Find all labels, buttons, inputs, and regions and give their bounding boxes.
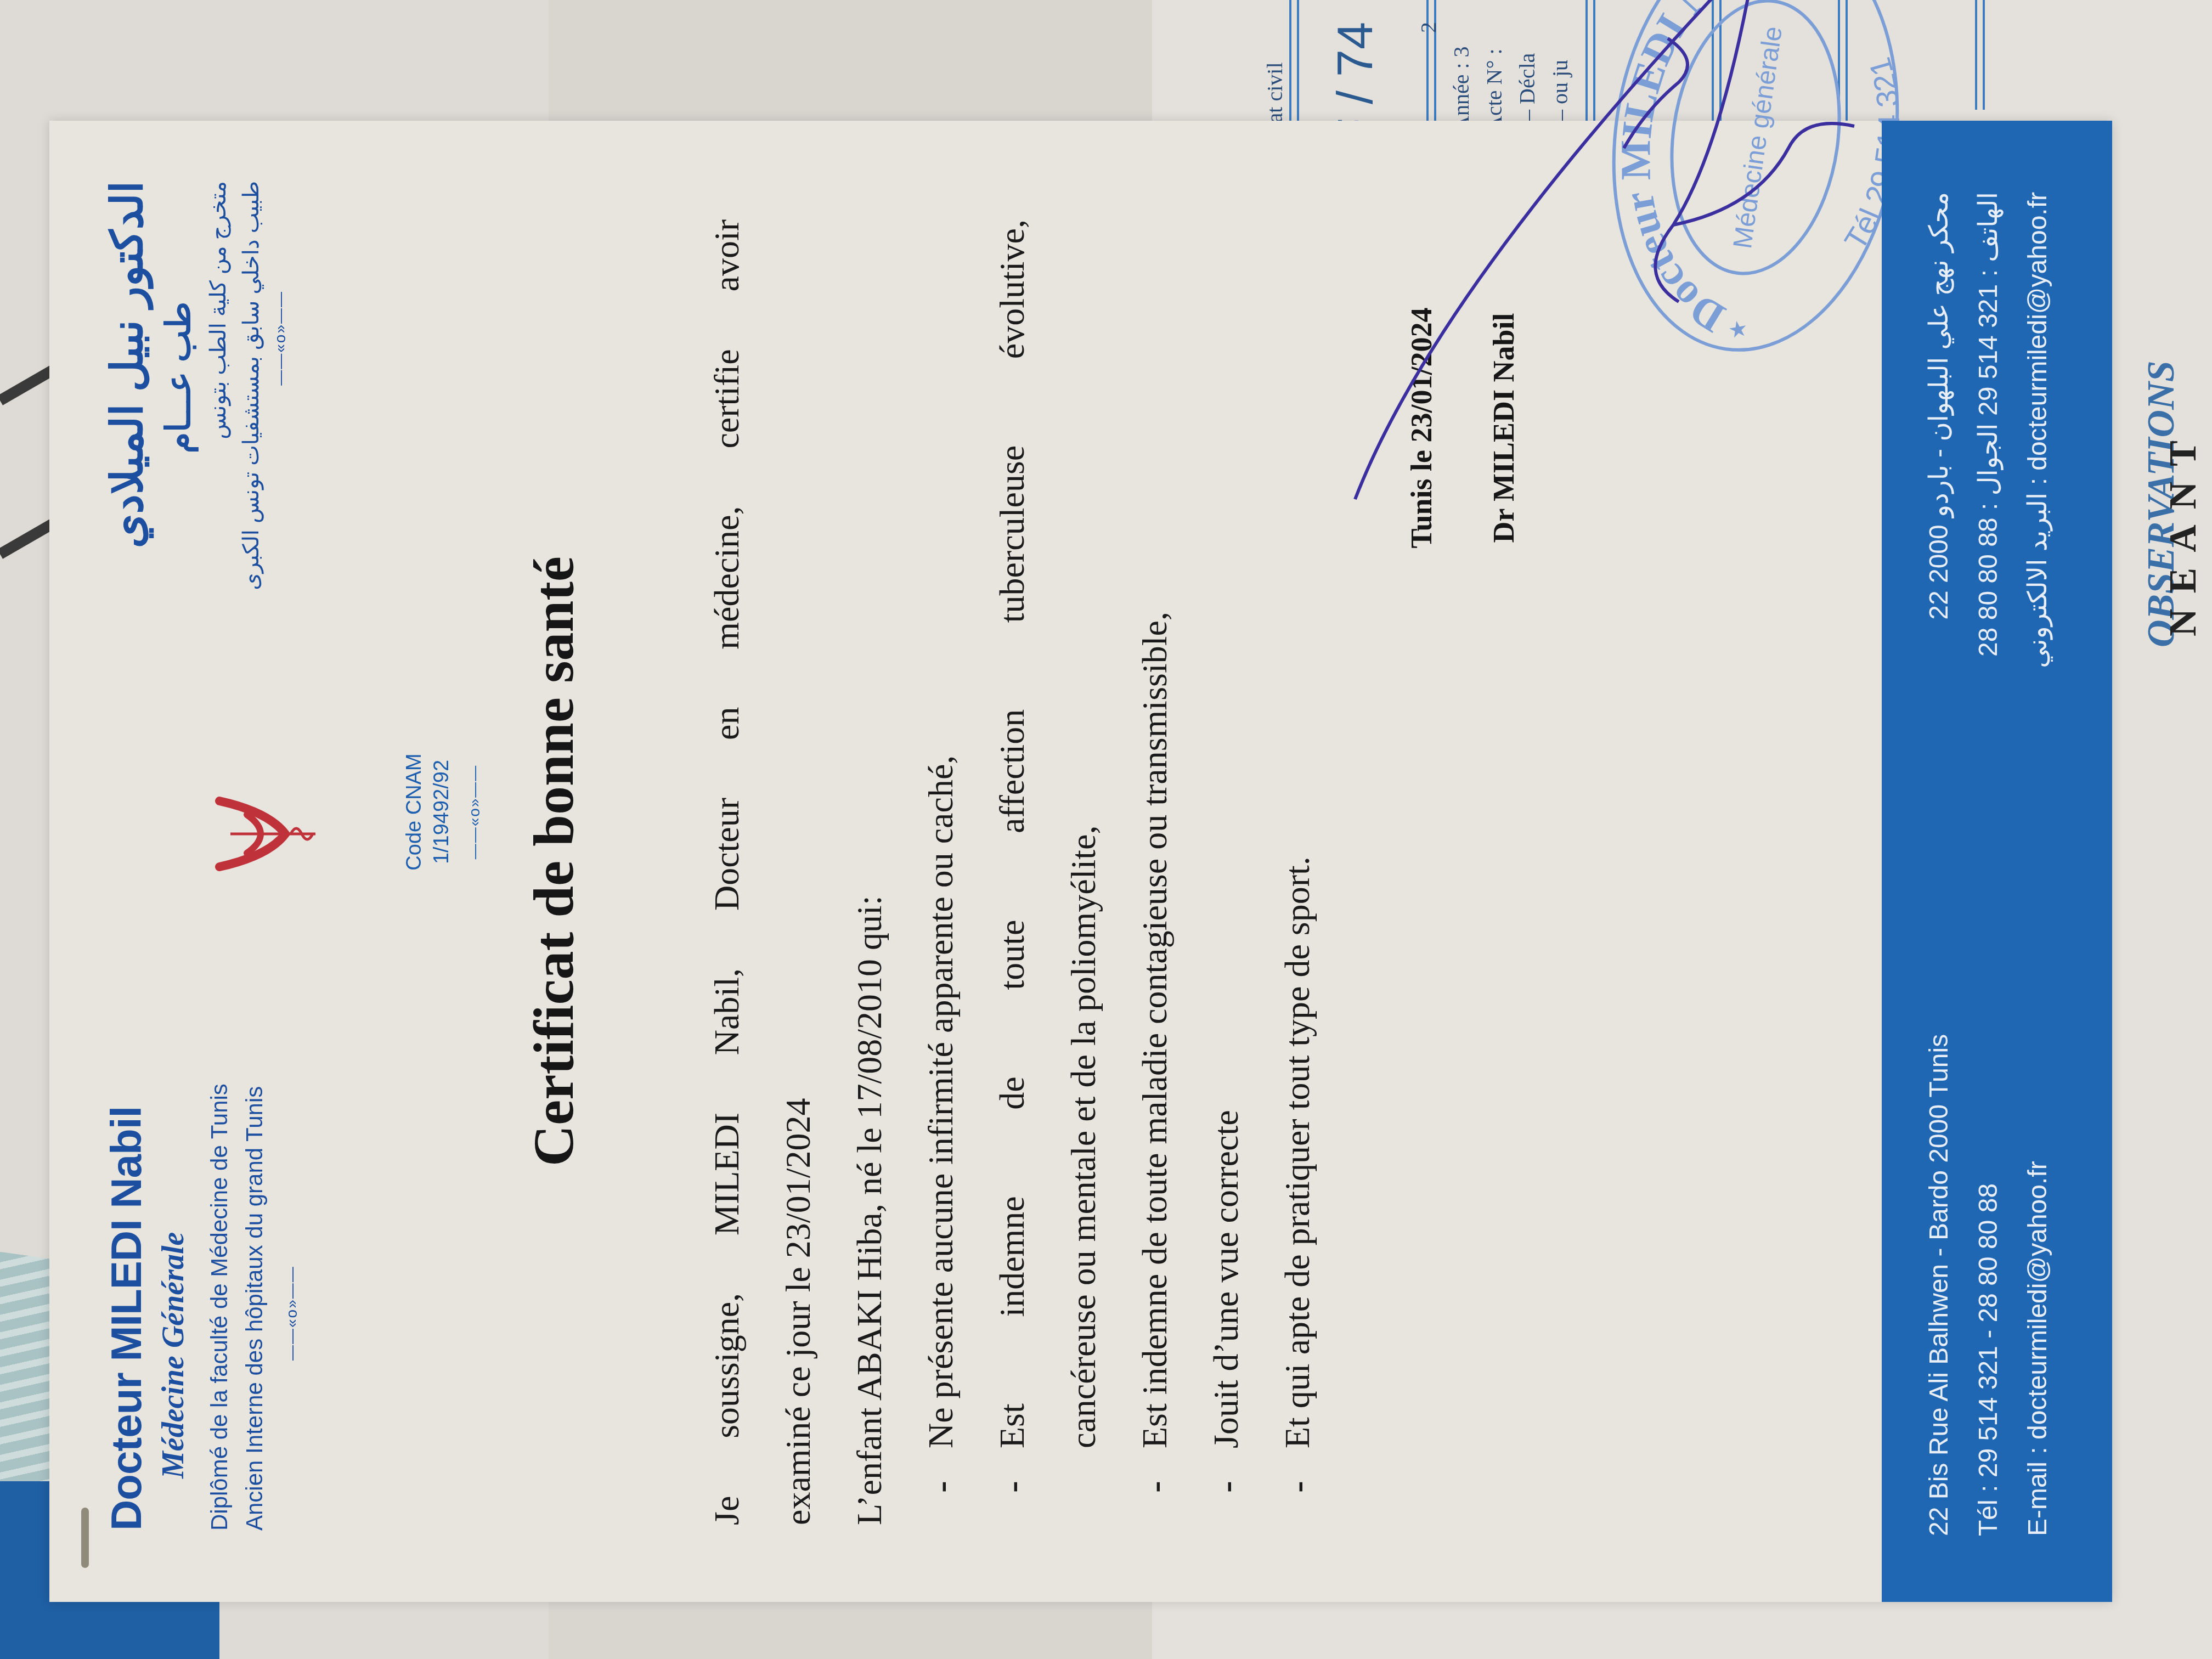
letterhead-right-arabic: الدكتور نبيل الميلادي طب عـــام متخرج من…: [101, 181, 289, 719]
footer-phone-arabic: الهاتف : 321 514 29 الجوال : 88 80 80 28: [1964, 192, 2013, 668]
cnam-label: Code CNAM: [400, 724, 428, 900]
handwritten-signature: [1339, 0, 1887, 532]
ornament-divider: ——«o»——: [461, 724, 488, 900]
certificate-title: Certificat de bonne santé: [521, 121, 586, 1602]
intro-line: Je soussigne, MILEDI Nabil, Docteur en m…: [691, 219, 763, 1525]
cnam-value: 1/19492/92: [428, 724, 455, 900]
list-item: - Ne présente aucune infirmité apparente…: [905, 219, 977, 1525]
diploma-line-arabic: متخرج من كلية الطب بتونس: [206, 181, 231, 719]
bullet-marker: -: [1262, 1448, 1333, 1525]
list-item: - Et qui apte de pratiquer tout type de …: [1262, 219, 1333, 1525]
footer-email: E-mail : docteurmiledi@yahoo.fr: [2013, 1034, 2063, 1536]
patient-line: L’enfant ABAKI Hiba, né le 17/08/2010 qu…: [834, 219, 905, 1525]
cnam-code-block: Code CNAM 1/19492/92 ——«o»——: [400, 724, 488, 900]
footer-contact-arabic: 22 محكر نهج علي البلهوان - باردو 2000 ال…: [1915, 192, 2063, 668]
footer-email-arabic: البريد الالكتروني : docteurmiledi@yahoo.…: [2013, 192, 2063, 668]
doctor-name-arabic: الدكتور نبيل الميلادي: [101, 181, 153, 719]
list-item-text: Et qui apte de pratiquer tout type de sp…: [1262, 219, 1333, 1448]
list-item-text: Est indemne de toute maladie contagieuse…: [1119, 219, 1190, 1448]
letterhead-footer: 22 Bis Rue Ali Balhwen - Bardo 2000 Tuni…: [1882, 121, 2112, 1602]
ornament-divider: ——«o»——: [272, 291, 289, 719]
bullet-marker: -: [905, 1448, 977, 1525]
intro-line: examiné ce jour le 23/01/2024: [763, 219, 834, 1525]
list-item-continuation: cancéreuse ou mentale et de la poliomyél…: [1048, 219, 1119, 1525]
caduceus-logo-icon: [208, 790, 318, 878]
certificate-body: Je soussigne, MILEDI Nabil, Docteur en m…: [691, 219, 1333, 1525]
former-intern-line: Ancien Interne des hôpitaux du grand Tun…: [237, 982, 272, 1531]
doctor-name: Docteur MILEDI Nabil: [101, 982, 151, 1531]
form-rule: [1975, 0, 1985, 110]
bullet-marker: -: [1190, 1448, 1262, 1525]
list-item-text: Ne présente aucune infirmité apparente o…: [905, 219, 977, 1448]
footer-address-arabic: 22 محكر نهج علي البلهوان - باردو 2000: [1915, 192, 1964, 668]
bullet-marker: -: [1119, 1448, 1190, 1525]
medical-certificate-page: Docteur MILEDI Nabil Médecine Générale D…: [49, 121, 2112, 1602]
footer-phone: Tél : 29 514 321 - 28 80 80 88: [1964, 1034, 2013, 1536]
specialty-arabic: طب عـــام: [158, 302, 198, 719]
list-item-text: Est indemne de toute affection tubercule…: [977, 219, 1048, 1448]
letterhead-left: Docteur MILEDI Nabil Médecine Générale D…: [101, 982, 301, 1531]
bullet-marker: -: [977, 1448, 1048, 1525]
diploma-line: Diplômé de la faculté de Médecine de Tun…: [202, 982, 237, 1531]
former-intern-line-arabic: طبيب داخلي سابق بمستشفيات تونس الكبرى: [239, 181, 264, 719]
list-item: - Est indemne de toute maladie contagieu…: [1119, 219, 1190, 1525]
ornament-divider: ——«o»——: [283, 982, 301, 1361]
footer-contact-french: 22 Bis Rue Ali Balhwen - Bardo 2000 Tuni…: [1915, 1034, 2063, 1536]
list-item: - Jouit d’une vue correcte: [1190, 219, 1262, 1525]
staple: [81, 1508, 89, 1568]
specialty: Médecine Générale: [156, 982, 191, 1479]
underlying-neant-stamp: NEANT: [2162, 425, 2205, 636]
footer-address: 22 Bis Rue Ali Balhwen - Bardo 2000 Tuni…: [1915, 1034, 1964, 1536]
list-item-text: Jouit d’une vue correcte: [1190, 219, 1262, 1448]
list-item: - Est indemne de toute affection tubercu…: [977, 219, 1048, 1525]
